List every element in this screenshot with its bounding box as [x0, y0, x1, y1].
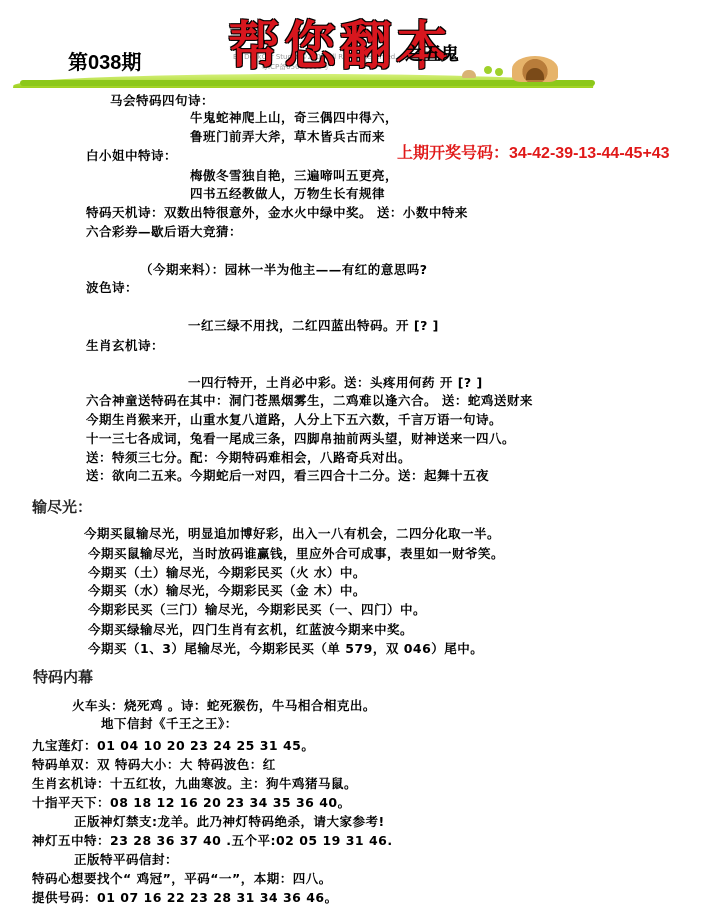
- bai-line: 梅傲冬雪独自艳，三遍啼叫五更亮，: [190, 166, 398, 184]
- xinxiang-line: 特码心想要找个“ 鸡冠”，平码“一”，本期：四八。: [32, 869, 332, 887]
- mahui-title: 马会特码四句诗：: [110, 91, 214, 109]
- rock-decoration: [462, 70, 476, 78]
- shengxiao-line: 一四行特开，土肖必中彩。送：头疼用何药 开 [? ]: [188, 373, 483, 391]
- mahui-line: 鲁班门前弄大斧，草木皆兵古而来: [190, 127, 385, 145]
- danshuang-line: 特码单双：双 特码大小：大 特码波色：红: [32, 755, 276, 773]
- last-draw: 上期开奖号码：34-42-39-13-44-45+43: [397, 140, 670, 163]
- poem-line: 送：欲向二五来。今期蛇后一对四，看三四合十二分。送：起舞十五夜: [86, 466, 489, 484]
- shujinguang-line: 今期买（1、3）尾输尽光，今期彩民买（单 579，双 046）尾中。: [88, 639, 483, 657]
- jinzhi-line: 正版神灯禁支:龙羊。此乃神灯特码绝杀，请大家参考!: [74, 812, 385, 830]
- last-draw-numbers: 34-42-39-13-44-45+43: [509, 145, 670, 162]
- shentong-line: 六合神童送特码在其中：洞门苍黑烟雾生，二鸡难以逢六合。 送：蛇鸡送财来: [86, 391, 533, 409]
- shujinguang-line: 今期买（土）输尽光，今期彩民买（火 水）中。: [88, 563, 366, 581]
- shujinguang-line: 今期彩民买（三门）输尽光，今期彩民买（一、四门）中。: [88, 600, 426, 618]
- jiubao-line: 九宝莲灯：01 04 10 20 23 24 25 31 45。: [32, 736, 314, 754]
- section-title-temaneimu: 特码内幕: [33, 666, 93, 687]
- shujinguang-line: 今期买（水）输尽光，今期彩民买（金 木）中。: [88, 581, 366, 599]
- shizhi-line: 十指平天下：08 18 12 16 20 23 34 35 36 40。: [32, 793, 351, 811]
- poem-line: 十一三七各成词，兔看一尾成三条，四脚帛抽前两头望，财神送来一四八。: [86, 429, 515, 447]
- pingma-title: 正版特平码信封：: [74, 850, 178, 868]
- shengxiao-title: 生肖玄机诗：: [86, 336, 164, 354]
- bai-line: 四书五经教做人，万物生长有规律: [190, 184, 385, 202]
- xuanji-line: 生肖玄机诗：十五红妆，九曲寒波。主：狗牛鸡猪马鼠。: [32, 774, 357, 792]
- grass-decoration: [20, 80, 595, 86]
- bose-title: 波色诗：: [86, 278, 138, 296]
- bear-house-illustration: [512, 56, 558, 82]
- tianji-poem: 特码天机诗：双数出特很意外，金水火中绿中奖。 送：小数中特来: [86, 203, 468, 221]
- huochetou-line: 火车头：烧死鸡 。诗：蛇死猴伤，牛马相合相克出。: [72, 696, 376, 714]
- poem-line: 今期生肖猴来开，山重水复八道路，人分上下五六数，千言万语一句诗。: [86, 410, 502, 428]
- tigong-line: 提供号码：01 07 16 22 23 28 31 34 36 46。: [32, 888, 338, 906]
- xiehouyu-line: （今期来料）：园林一半为他主——有红的意思吗?: [140, 260, 428, 278]
- mahui-line: 牛鬼蛇神爬上山，奇三偶四中得六，: [190, 108, 398, 126]
- bai-title: 白小姐中特诗：: [86, 146, 177, 164]
- last-draw-label: 上期开奖号码：: [397, 145, 509, 162]
- poem-line: 送：特须三七分。配：今期特码难相会，八路奇兵对出。: [86, 448, 411, 466]
- issue-number: 第038期: [68, 46, 141, 75]
- tree-decoration: [484, 66, 492, 74]
- logo-subtitle: 之五鬼: [405, 40, 459, 66]
- xiehouyu-title: 六合彩券—歇后语大竞猜：: [86, 222, 242, 240]
- dixia-title: 地下信封《千王之王》：: [101, 714, 238, 732]
- bose-line: 一红三绿不用找，二红四蓝出特码。开 [? ]: [188, 316, 439, 334]
- section-title-shujinguang: 输尽光：: [32, 496, 92, 517]
- tree-decoration: [495, 68, 503, 76]
- shujinguang-line: 今期买鼠输尽光，明显追加博好彩，出入一八有机会，二四分化取一半。: [84, 524, 500, 542]
- shujinguang-line: 今期买鼠输尽光，当时放码谁赢钱，里应外合可成事，表里如一财爷笑。: [88, 544, 504, 562]
- shendeng-line: 神灯五中特：23 28 36 37 40 .五个平:02 05 19 31 46…: [32, 831, 393, 849]
- shujinguang-line: 今期买绿输尽光，四门生肖有玄机，红蓝波今期来中奖。: [88, 620, 413, 638]
- header-banner: 第038期 By DeskCar Studio ©2005 All Rights…: [0, 0, 720, 90]
